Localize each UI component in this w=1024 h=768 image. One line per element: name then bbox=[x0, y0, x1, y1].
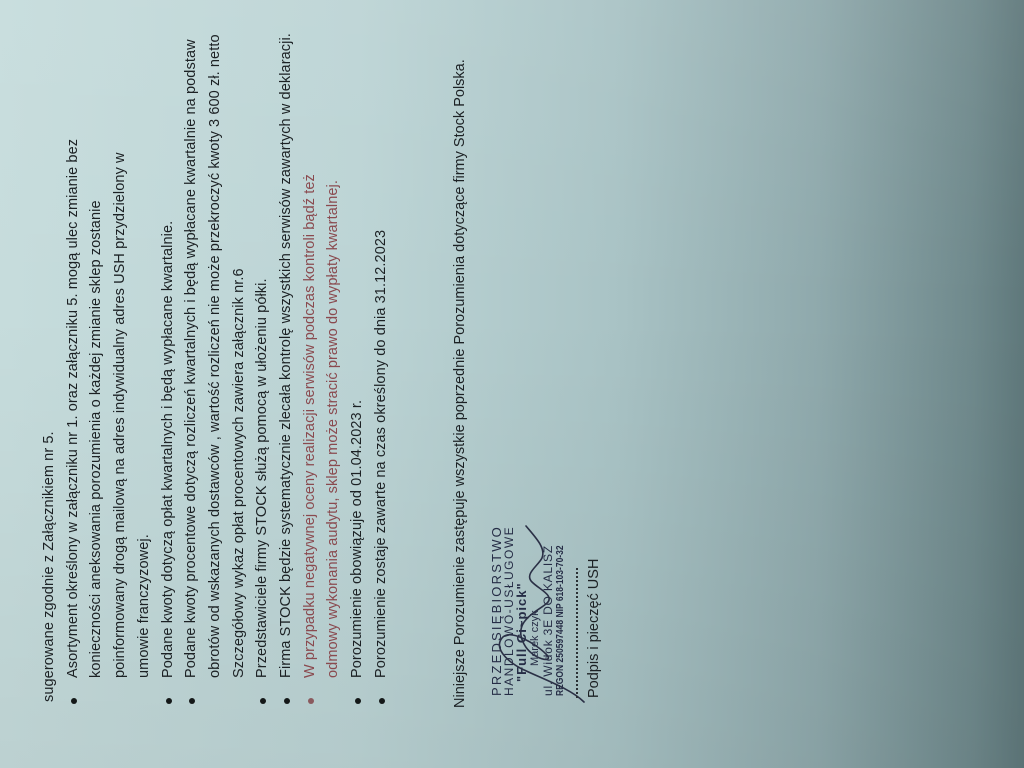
list-item-continuation: konieczności aneksowania porozumienia o … bbox=[87, 200, 105, 678]
list-item-continuation: Szczegółowy wykaz opłat procentowych zaw… bbox=[230, 268, 248, 678]
list-item: W przypadku negatywnej oceny realizacji … bbox=[301, 174, 319, 678]
list-item: Porozumienie zostaje zawarte na czas okr… bbox=[372, 230, 390, 678]
stamp-line-6: REGON 250597448 NIP 618-103-70-32 bbox=[555, 545, 566, 696]
list-item: Porozumienie obowiązuje od 01.04.2023 r. bbox=[348, 400, 366, 678]
list-item-continuation: umowie franczyzowej. bbox=[135, 534, 153, 678]
stamp-line-3: "Full Ci~pick" bbox=[515, 519, 529, 682]
list-item: Podane kwoty procentowe dotyczą rozlicze… bbox=[182, 39, 200, 678]
company-stamp: PRZEDSIĘBIORSTWO HANDLOWO-USŁUGOWE "Full… bbox=[490, 519, 566, 696]
signature-label: Podpis i pieczęć USH bbox=[586, 559, 602, 698]
bullet-icon bbox=[355, 698, 361, 704]
list-item-continuation: poinformowany drogą mailową na adres ind… bbox=[111, 152, 129, 678]
bullet-icon bbox=[189, 698, 195, 704]
document-page: sugerowane zgodnie z Załącznikiem nr 5.A… bbox=[0, 0, 1024, 768]
list-item: Asortyment określony w załączniku nr 1. … bbox=[64, 139, 82, 678]
bullet-icon bbox=[379, 698, 385, 704]
bullet-icon bbox=[308, 698, 314, 704]
stamp-line-5: ul. Widok 3E DO KALISZ bbox=[542, 519, 555, 696]
list-item-continuation: odmowy wykonania audytu, sklep może stra… bbox=[324, 180, 342, 678]
list-item: Firma STOCK będzie systematycznie zlecał… bbox=[277, 33, 295, 678]
list-item: Przedstawiciele firmy STOCK służą pomocą… bbox=[253, 278, 271, 678]
bullet-icon bbox=[284, 698, 290, 704]
final-statement: Niniejsze Porozumienie zastępuje wszystk… bbox=[452, 59, 468, 708]
list-item-continuation: obrotów od wskazanych dostawców , wartoś… bbox=[206, 34, 224, 678]
bullet-icon bbox=[166, 698, 172, 704]
signature-line bbox=[576, 568, 578, 698]
list-item-continuation: sugerowane zgodnie z Załącznikiem nr 5. bbox=[40, 431, 58, 702]
bullet-icon bbox=[71, 698, 77, 704]
list-item: Podane kwoty dotyczą opłat kwartalnych i… bbox=[159, 221, 177, 678]
bullet-icon bbox=[260, 698, 266, 704]
